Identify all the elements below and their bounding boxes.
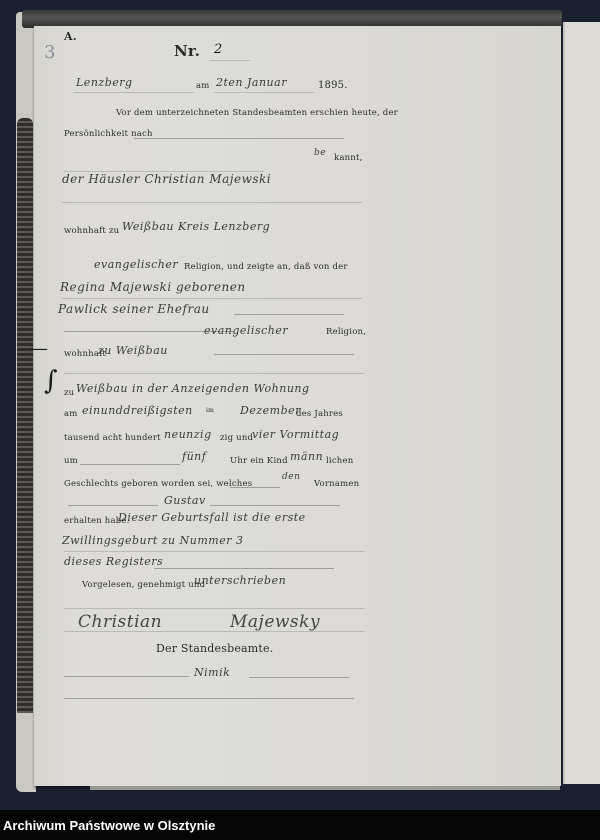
archive-name: Archiwum Państwowe w Olsztynie bbox=[3, 818, 215, 833]
registrar-signature: Nimik bbox=[194, 666, 230, 679]
note-line-1: Dieser Geburtsfall ist die erste bbox=[118, 511, 306, 524]
residence-handwritten: Weißbau Kreis Lenzberg bbox=[122, 220, 270, 233]
mother-name-line-2: Pawlick seiner Ehefrau bbox=[58, 302, 210, 316]
scanned-register-page: A. 3 Nr. 2 Lenzberg am 2ten Januar 1895.… bbox=[0, 0, 600, 810]
place-handwritten: Lenzberg bbox=[76, 76, 133, 89]
margin-dash-mark: — bbox=[30, 338, 48, 359]
entry-number-label: Nr. bbox=[174, 42, 200, 60]
book-spine-binding bbox=[17, 118, 33, 713]
und-text: zig und bbox=[220, 433, 253, 443]
note-line-3: dieses Registers bbox=[64, 555, 163, 568]
month-prefix: im bbox=[206, 407, 214, 414]
note-line-2: Zwillingsgeburt zu Nummer 3 bbox=[62, 534, 243, 547]
declarant-handwritten: der Häusler Christian Majewski bbox=[62, 172, 271, 186]
pencil-page-number: 3 bbox=[44, 42, 56, 63]
year: 1895. bbox=[318, 80, 348, 91]
archive-footer: Archiwum Państwowe w Olsztynie bbox=[0, 810, 600, 840]
thousand-text: tausend acht hundert bbox=[64, 433, 161, 443]
birth-day-handwritten: einunddreißigsten bbox=[82, 404, 193, 417]
birthplace-handwritten: Weißbau in der Anzeigenden Wohnung bbox=[76, 382, 310, 395]
margin-bracket-mark: ∫ bbox=[44, 366, 58, 396]
form-letter: A. bbox=[64, 30, 77, 43]
known-text: kannt, bbox=[334, 153, 363, 163]
signed-handwritten: unterschrieben bbox=[194, 574, 286, 587]
registrar-label: Der Standesbeamte. bbox=[156, 642, 273, 655]
date-prefix: am bbox=[196, 81, 210, 91]
time-label: um bbox=[64, 456, 78, 466]
religion-handwritten: evangelischer bbox=[94, 258, 178, 271]
page-bottom-edge bbox=[90, 786, 560, 790]
year-suffix: des Jahres bbox=[296, 409, 343, 419]
entry-number-value: 2 bbox=[214, 42, 223, 57]
sex-handwritten: männ bbox=[290, 450, 323, 463]
decade-handwritten: neunzig bbox=[164, 428, 212, 441]
residence-label: wohnhaft zu bbox=[64, 226, 119, 236]
birth-month-handwritten: Dezember bbox=[240, 404, 301, 417]
birthplace-label: zu bbox=[64, 388, 74, 398]
unit-handwritten: vier Vormittag bbox=[252, 428, 339, 441]
child-name-handwritten: Gustav bbox=[164, 494, 206, 507]
residence2-handwritten: zu Weißbau bbox=[98, 344, 168, 357]
register-page: A. 3 Nr. 2 Lenzberg am 2ten Januar 1895.… bbox=[34, 26, 561, 786]
hour-handwritten: fünf bbox=[182, 450, 206, 463]
declarant-signature-first: Christian bbox=[78, 612, 162, 632]
vornamen-handwritten: den bbox=[282, 472, 300, 482]
child-text: Uhr ein Kind bbox=[230, 456, 288, 466]
religion2-handwritten: evangelischer bbox=[204, 324, 288, 337]
date-handwritten: 2ten Januar bbox=[216, 76, 287, 89]
declarant-signature-last: Majewsky bbox=[230, 612, 320, 632]
religion-text: Religion, und zeigte an, daß von der bbox=[184, 262, 348, 272]
born-text: Geschlechts geboren worden sei, welches bbox=[64, 479, 252, 489]
facing-page-edge bbox=[563, 22, 600, 784]
vornamen-text: Vornamen bbox=[314, 479, 359, 489]
known-handwritten: be bbox=[314, 148, 326, 158]
birth-date-label: am bbox=[64, 409, 78, 419]
approved-text: Vorgelesen, genehmigt und bbox=[82, 580, 205, 590]
intro-line: Vor dem unterzeichneten Standesbeamten e… bbox=[116, 108, 398, 118]
mother-name-line-1: Regina Majewski geborenen bbox=[60, 280, 246, 294]
sex-suffix: lichen bbox=[326, 456, 353, 466]
religion2-text: Religion, bbox=[326, 327, 366, 337]
